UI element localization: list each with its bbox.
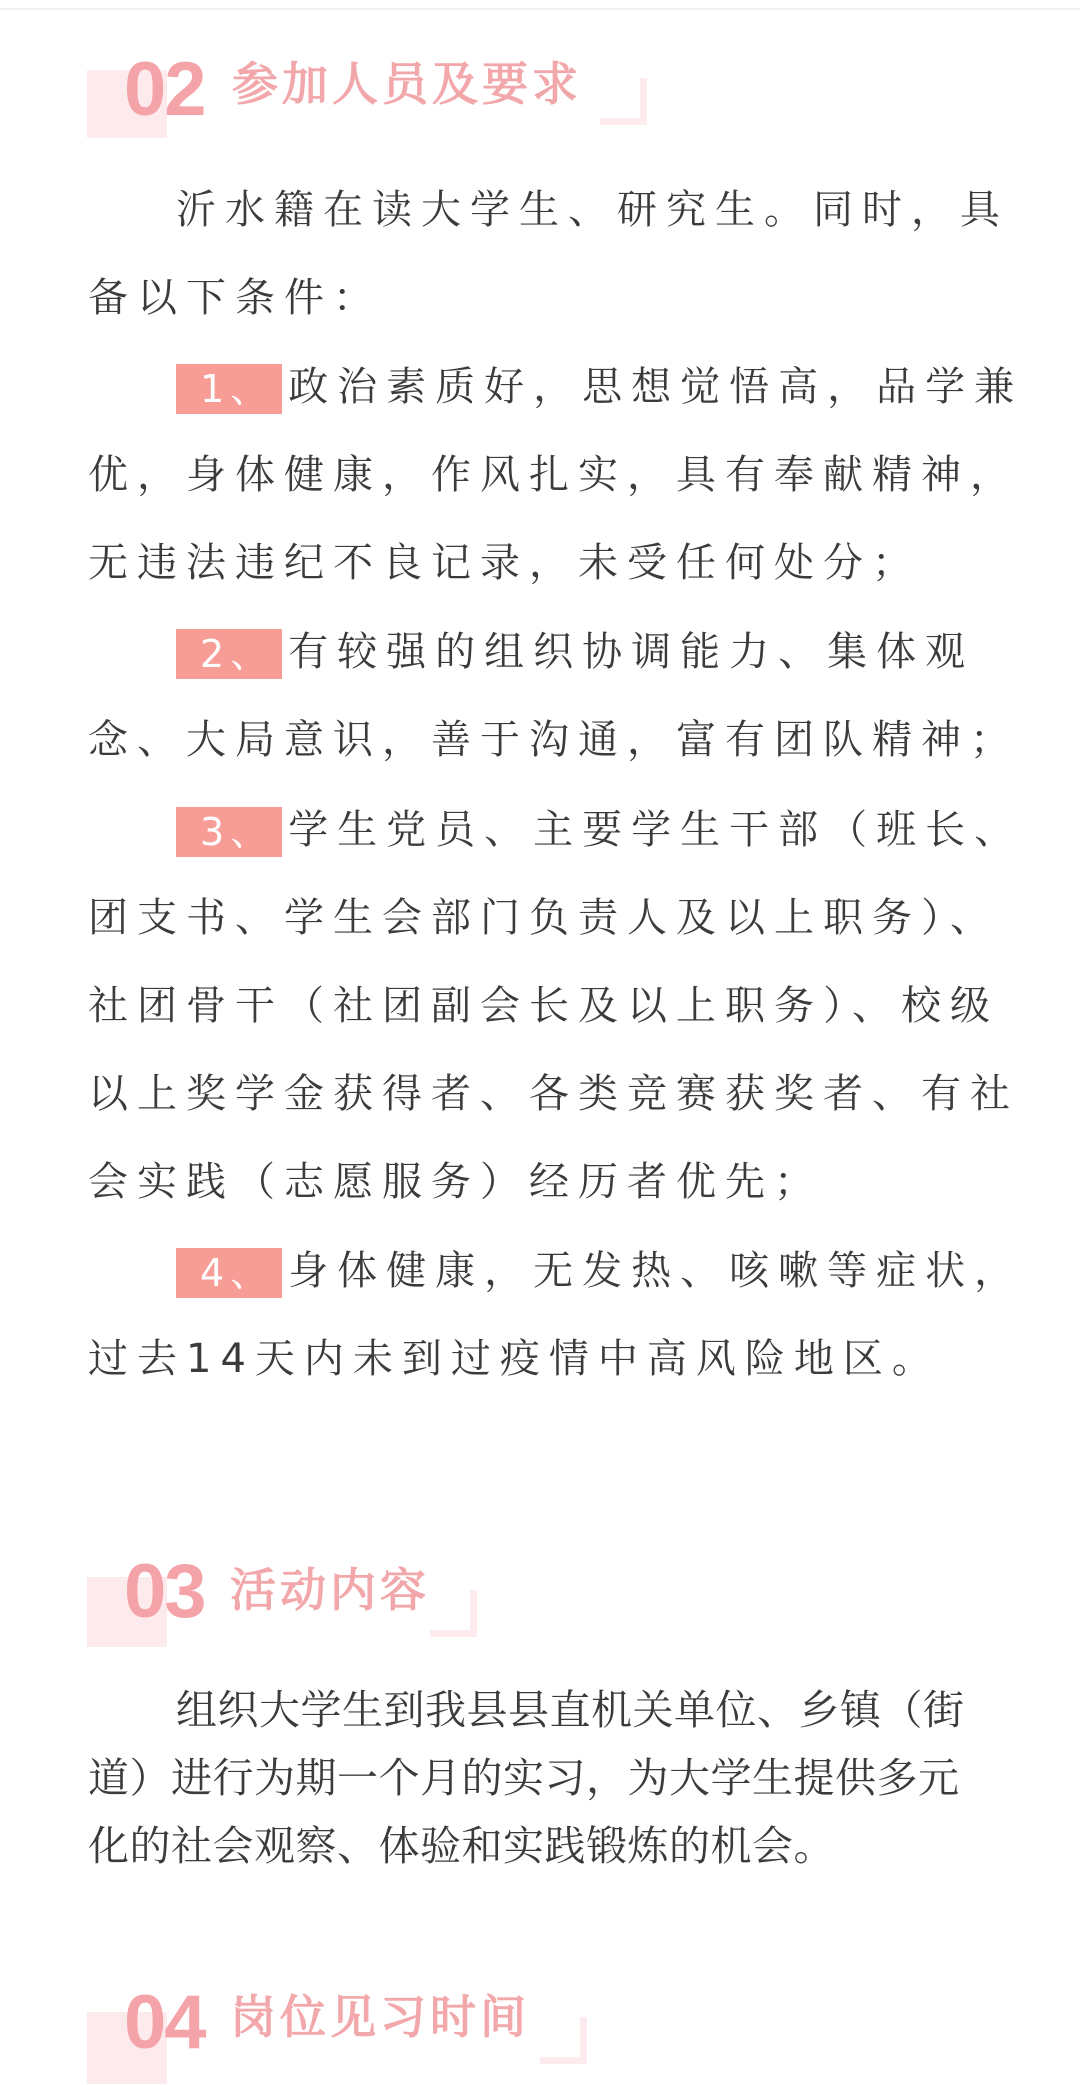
requirement-item-1: 1、政治素质好，思想觉悟高，品学兼 xyxy=(88,363,1023,414)
item-number-badge: 3、 xyxy=(176,807,282,857)
corner-bracket-decoration xyxy=(540,2017,587,2064)
section-heading-02: 02 参加人员及要求 xyxy=(0,40,1080,150)
requirement-item-3: 3、学生党员、主要学生干部（班长、 xyxy=(88,806,1023,857)
item-number-badge: 2、 xyxy=(176,629,282,679)
section-title: 岗位见习时间 xyxy=(230,1989,530,2045)
item-text: 政治素质好，思想觉悟高，品学兼 xyxy=(288,364,1023,410)
item-text: 学生党员、主要学生干部（班长、 xyxy=(288,807,1023,853)
item-text-line: 团支书、学生会部门负责人及以上职务）、 xyxy=(88,894,999,942)
paragraph-line: 化的社会观察、体验和实践锻炼的机会。 xyxy=(88,1822,835,1870)
item-text-line: 无违法违纪不良记录，未受任何处分； xyxy=(88,539,921,587)
paragraph-line: 组织大学生到我县县直机关单位、乡镇（街 xyxy=(88,1686,965,1734)
paragraph-line: 道）进行为期一个月的实习，为大学生提供多元 xyxy=(88,1754,960,1802)
section-number: 04 xyxy=(124,1985,205,2061)
section-heading-04: 04 岗位见习时间 xyxy=(0,1975,1080,2085)
corner-bracket-decoration xyxy=(600,78,647,125)
item-text-line: 会实践（志愿服务）经历者优先； xyxy=(88,1158,823,1206)
section-number: 03 xyxy=(124,1554,205,1630)
item-text-line: 念、大局意识，善于沟通，富有团队精神； xyxy=(88,716,1019,764)
item-text: 有较强的组织协调能力、集体观 xyxy=(288,629,974,675)
corner-bracket-decoration xyxy=(430,1590,477,1637)
item-text-line: 以上奖学金获得者、各类竞赛获奖者、有社 xyxy=(88,1070,1019,1118)
intro-line: 沂水籍在读大学生、研究生。同时，具 xyxy=(88,186,1009,234)
item-text-line: 优，身体健康，作风扎实，具有奉献精神， xyxy=(88,451,1019,499)
section-title: 参加人员及要求 xyxy=(232,56,582,112)
section-title: 活动内容 xyxy=(230,1562,430,1618)
item-text: 身体健康，无发热、咳嗽等症状， xyxy=(288,1248,1023,1294)
item-text-line: 社团骨干（社团副会长及以上职务）、校级 xyxy=(88,982,999,1030)
section-heading-03: 03 活动内容 xyxy=(0,1540,1080,1650)
item-number-badge: 4、 xyxy=(176,1248,282,1298)
intro-line: 备以下条件： xyxy=(88,274,382,322)
requirement-item-4: 4、身体健康，无发热、咳嗽等症状， xyxy=(88,1247,1023,1298)
item-number-badge: 1、 xyxy=(176,364,282,414)
top-divider xyxy=(0,8,1080,10)
requirement-item-2: 2、有较强的组织协调能力、集体观 xyxy=(88,628,974,679)
section-number: 02 xyxy=(124,52,205,128)
item-text-line: 过去14天内未到过疫情中高风险地区。 xyxy=(88,1335,941,1383)
